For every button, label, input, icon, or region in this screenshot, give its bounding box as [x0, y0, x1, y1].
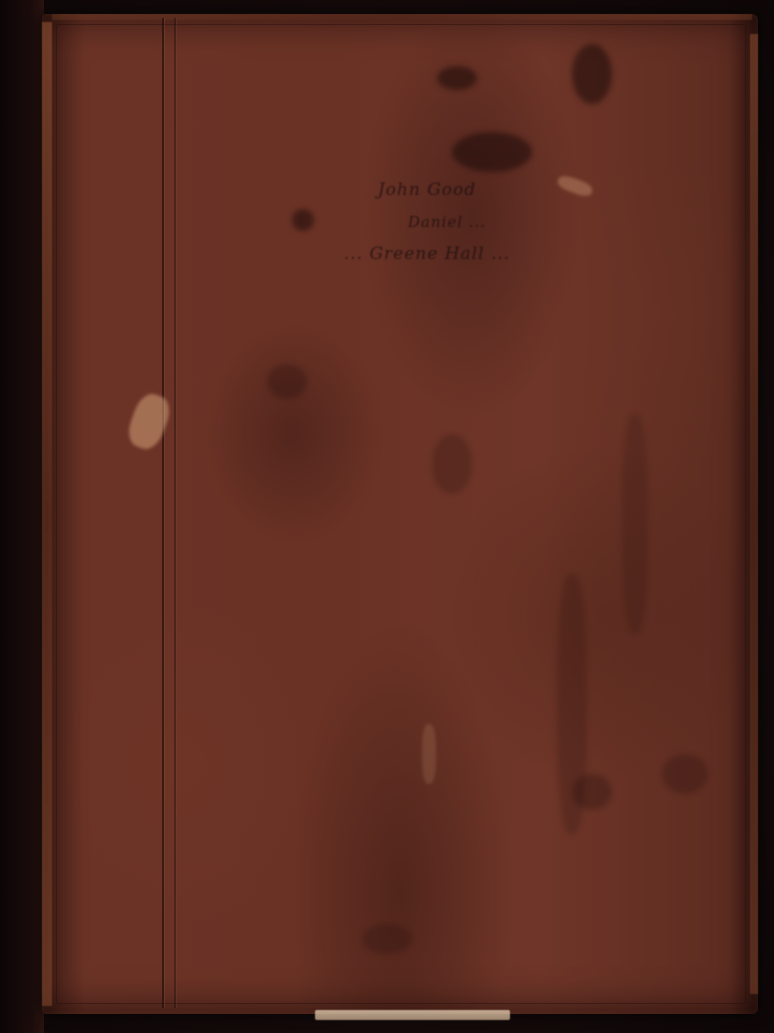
stain: [572, 44, 612, 104]
stain: [662, 754, 708, 794]
stain: [432, 434, 472, 494]
worn-top-edge: [52, 14, 752, 20]
scuff-mark: [422, 724, 436, 784]
stain: [362, 924, 412, 954]
stain: [452, 132, 532, 172]
stain: [572, 774, 612, 810]
inscription-line: Daniel ...: [267, 206, 587, 238]
handwritten-inscription: John Good Daniel ... ... Greene Hall ...: [267, 174, 587, 270]
tooled-vertical-line-secondary: [174, 18, 176, 1008]
photo-scene: John Good Daniel ... ... Greene Hall ...: [0, 0, 774, 1033]
tooled-vertical-line: [162, 18, 164, 1008]
drip-stain: [622, 414, 648, 634]
dark-background-left: [0, 0, 44, 1033]
book-cover: John Good Daniel ... ... Greene Hall ...: [42, 14, 758, 1014]
stain: [267, 364, 307, 399]
worn-left-edge: [42, 22, 52, 1006]
inscription-line: John Good: [267, 174, 587, 206]
inscription-line: ... Greene Hall ...: [267, 238, 587, 270]
worn-right-edge: [750, 34, 758, 994]
stain: [437, 66, 477, 90]
protruding-ribbon-bookmark: [315, 1010, 510, 1020]
